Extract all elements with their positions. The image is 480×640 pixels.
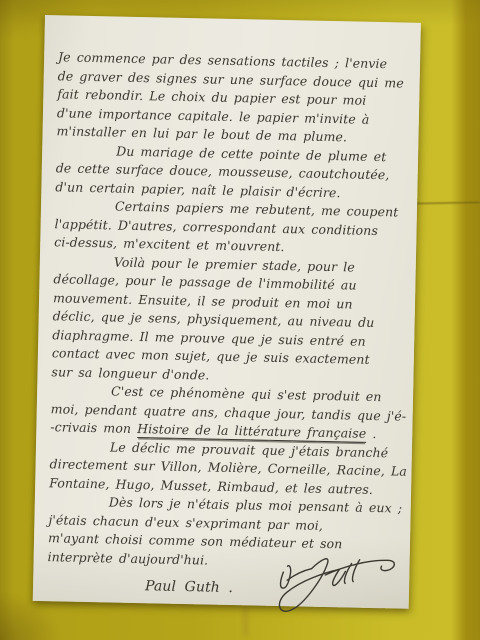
signature-area: Paul Guth . — [33, 527, 410, 609]
letter-text-segment: ci-dessus, m'excitent et m'ouvrent. — [54, 234, 285, 254]
letter-paper: Je commence par des sensations tactiles … — [33, 15, 421, 609]
letter-text-segment: Voilà pour le premier stade, pour le — [114, 254, 355, 274]
letter-text-segment: C'est ce phénomène qui s'est produit en — [111, 383, 382, 404]
letter-body: Je commence par des sensations tactiles … — [33, 15, 421, 609]
signed-name: Paul Guth . — [145, 577, 233, 597]
background-smudge — [243, 606, 248, 636]
signature-flourish — [264, 546, 405, 621]
letter-text-segment: Certains papiers me rebutent, me coupent — [115, 199, 399, 220]
letter-text-segment: . — [366, 426, 376, 441]
letter-lines: Je commence par des sensations tactiles … — [47, 48, 412, 573]
letter-text-segment: -crivais mon — [50, 419, 137, 436]
letter-text-segment: sur sa longueur d'onde. — [51, 364, 209, 382]
